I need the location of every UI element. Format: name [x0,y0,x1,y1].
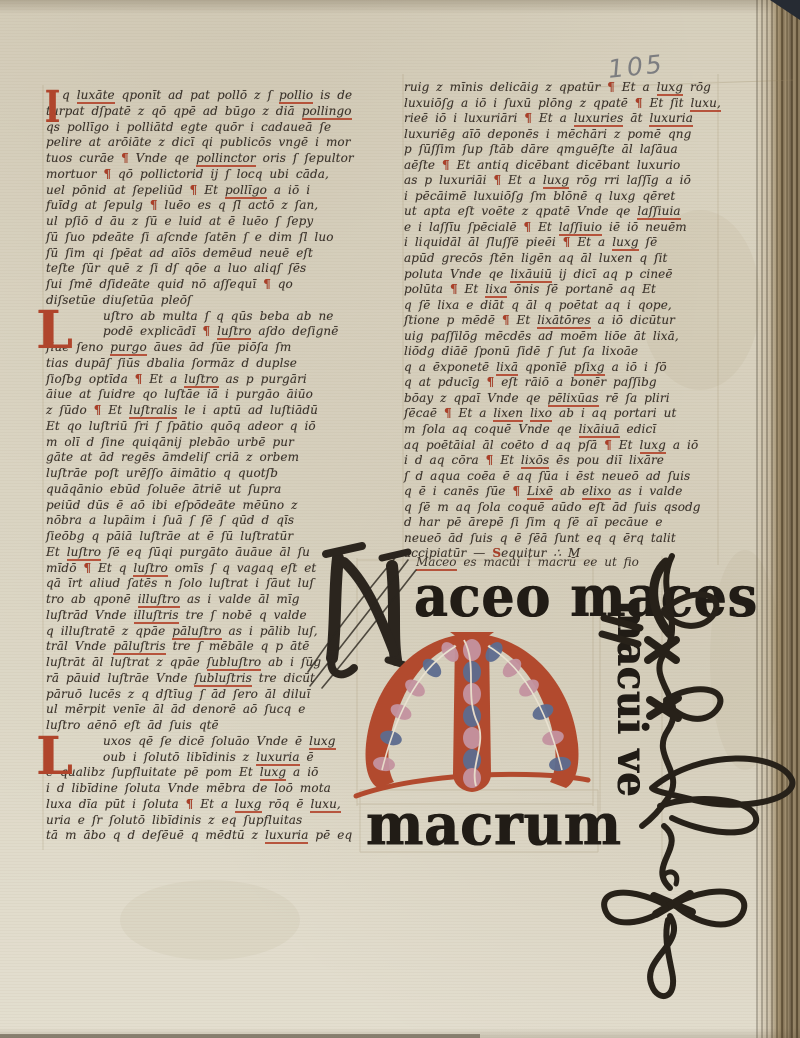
manuscript-page: 105 q luxāte qponīt ad pat pollō z ſ pol… [0,0,800,1038]
knotwork-flourish [0,0,800,1038]
